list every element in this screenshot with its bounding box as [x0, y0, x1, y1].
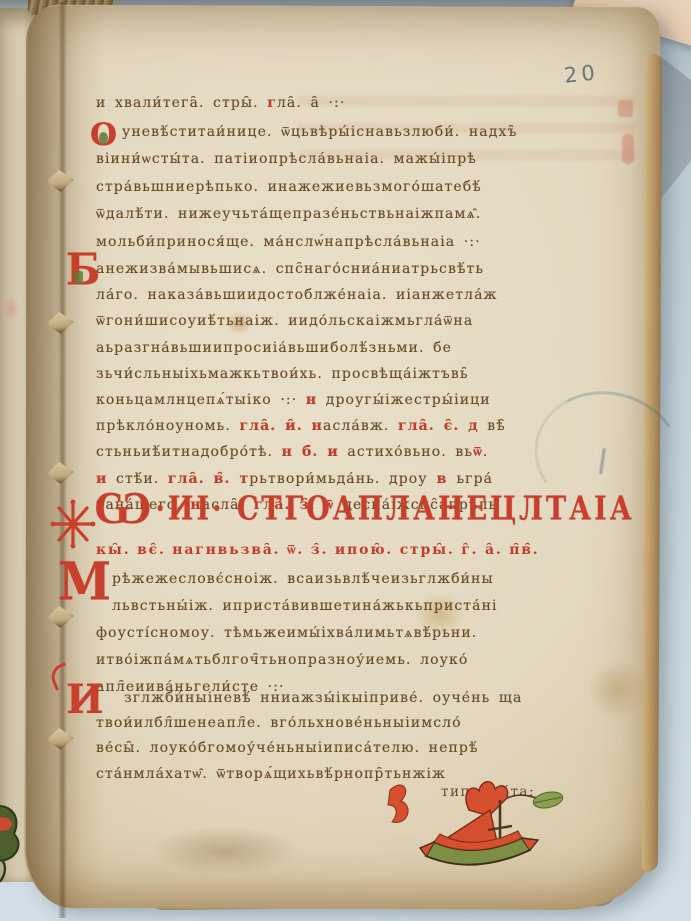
manuscript-line: прѣкло́ноуномь. гла̑. и̑. насла́вж. гла̑… [96, 413, 576, 439]
manuscript-line: мольби́принося́ще. ма́нслѡ́напрѣсла́вьна… [96, 229, 576, 256]
bird-boat-doodle-icon [376, 770, 576, 882]
manuscript-line: аьразгна́вьшиипросиіа́вьшиболѣ́зньми. бе [96, 335, 576, 361]
manuscript-line: ѿдалѣ́ти. нижеучьта́щепразе́ньствьнаіжпа… [96, 201, 576, 228]
manuscript-line: твои́илбл̑шенеапл̑е. вго́льхнове́ньныіим… [96, 711, 576, 736]
stain [2, 296, 20, 322]
stain [150, 826, 300, 876]
eight-point-star-icon [50, 496, 96, 552]
drop-initial-b: Б [66, 248, 100, 292]
manuscript-line: зьчи́сльныіхьмажкьтвои́хь. просвѣща́іжтъ… [96, 361, 576, 387]
manuscript-line: рѣжежесловє́сноіж. всаизьвлѣ́чеизьглжби́… [96, 566, 576, 593]
manuscript-line: фоусті́сномоу. тѣмьжеимы́іхва́лимьтѧвѣ́р… [96, 620, 576, 647]
rubric-line-block: и хвали́тега̑. стры̑. гла̑. а̑ ·:· [96, 90, 576, 117]
heading-omega-initial: Ѡ [94, 487, 152, 528]
heading-rubric-subline: кы̑. вє̑. нагнвьзва̑. ѿ. з̑. ипою̑. стры… [96, 542, 616, 559]
showthrough-mark [618, 100, 633, 117]
manuscript-line: стьньиѣ́итнадобро́тѣ. н б̑. и астихо́вьн… [96, 439, 576, 465]
manuscript-line: ве́сы̑. лоуко́бгомоу́че́ньныіиписа́телю.… [96, 736, 576, 761]
showthrough-mark [622, 134, 634, 164]
manuscript-line: стра́вьшниерѣпько. инажежиевьзмого́шатеб… [96, 174, 576, 201]
section-heading: Ѡ ·ИІ· СТГОАПЛАНЕЦЛТАІА [94, 487, 650, 528]
text-block-2: анежизва́мывьшисѧ. спс̑наго́сниа́ниатрьс… [96, 256, 576, 518]
heading-vyaz-text: ·ИІ· СТГОАПЛАНЕЦЛТАІА [156, 491, 635, 529]
folio-number: 20 [563, 60, 600, 87]
manuscript-line: коньцамлнцепѧ́тыіко ·:· н дроугы́іжестры… [96, 387, 576, 413]
manuscript-line: уневѣ́ститаи́нице. ѿцьвѣры́існавьзлюби́.… [96, 119, 576, 146]
stain [588, 660, 648, 720]
manuscript-photo: 20 и хвали́тега̑. стры̑. гла̑. а̑ ·:· ун… [0, 0, 691, 921]
manuscript-line: ѿгони́шисоуиѣ́тьнаіж. иидо́льскаіжмьгла́… [96, 308, 576, 334]
drop-initial-o: О [90, 120, 117, 151]
manuscript-line: анежизва́мывьшисѧ. спс̑наго́сниа́ниатрьс… [96, 256, 576, 282]
manuscript-line: итво́іжпа́мѧтьблгоч̑тьнопразноу́иемь. ло… [96, 647, 576, 674]
text-block-3: рѣжежесловє́сноіж. всаизьвлѣ́чеизьглжби́… [96, 566, 576, 701]
manuscript-line: львстьны́іж. иприста́вившетина́жькьприст… [96, 593, 576, 620]
drop-initial-m: М [58, 556, 111, 609]
text-block-1: уневѣ́ститаи́нице. ѿцьвѣры́існавьзлюби́.… [96, 119, 576, 256]
drop-initial-i: И [66, 680, 104, 720]
facing-page-illumination-fragment-icon [0, 790, 32, 890]
manuscript-line: ла́го. наказа́вьшиидостоблже́наіа. иіанж… [96, 282, 576, 308]
gutter-crease [58, 2, 67, 918]
manuscript-line: віини́ѡсты́та. патіиопрѣсла́вьнаіа. мажы… [96, 146, 576, 173]
manuscript-line: и хвали́тега̑. стры̑. гла̑. а̑ ·:· [96, 90, 576, 117]
manuscript-line: зглжби́ныіневѣ́ нниажзы́ікыіприве́. оуче… [96, 686, 576, 711]
